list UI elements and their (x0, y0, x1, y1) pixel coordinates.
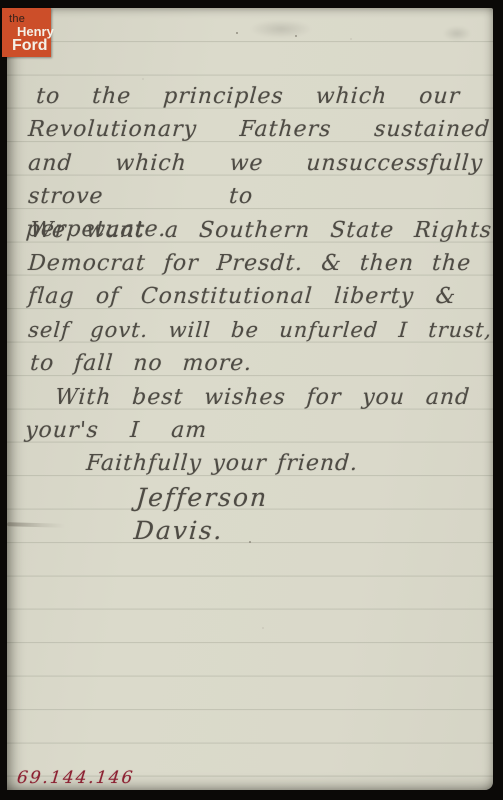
crease-mark (7, 522, 65, 528)
handwritten-line: and which we unsuccessfully (27, 147, 484, 180)
ruled-letter-page: to the principles which our Revolutionar… (7, 8, 493, 790)
pencil-smudge-mark (443, 26, 471, 41)
handwritten-line: Democrat for Presdt. & then the (27, 247, 472, 280)
letter-scan: to the principles which our Revolutionar… (0, 0, 503, 800)
accession-number: 69.144.146 (16, 768, 135, 788)
handwritten-line: With best wishes for you and (54, 381, 471, 414)
handwritten-line: Revolutionary Fathers sustained (27, 113, 491, 146)
handwritten-line: self govt. will be unfurled I trust, (27, 314, 493, 347)
handwritten-line: We want a Southern State Rights (29, 214, 493, 247)
handwritten-line: flag of Constitutional liberty & (27, 280, 457, 313)
pencil-smudge-mark (250, 20, 312, 38)
handwritten-line: your's I am (24, 414, 208, 447)
logo-ford-text: Ford (12, 37, 48, 55)
foxing-specks (236, 32, 238, 34)
henry-ford-logo: the Henry Ford (2, 8, 51, 57)
handwritten-line: strove to perpetuate. (27, 180, 254, 213)
signature: Jefferson Davis. (135, 481, 355, 514)
handwritten-line: to the principles which our (35, 80, 461, 113)
handwritten-line: to fall no more. (29, 347, 253, 380)
handwritten-line: Faithfully your friend. (85, 447, 359, 480)
